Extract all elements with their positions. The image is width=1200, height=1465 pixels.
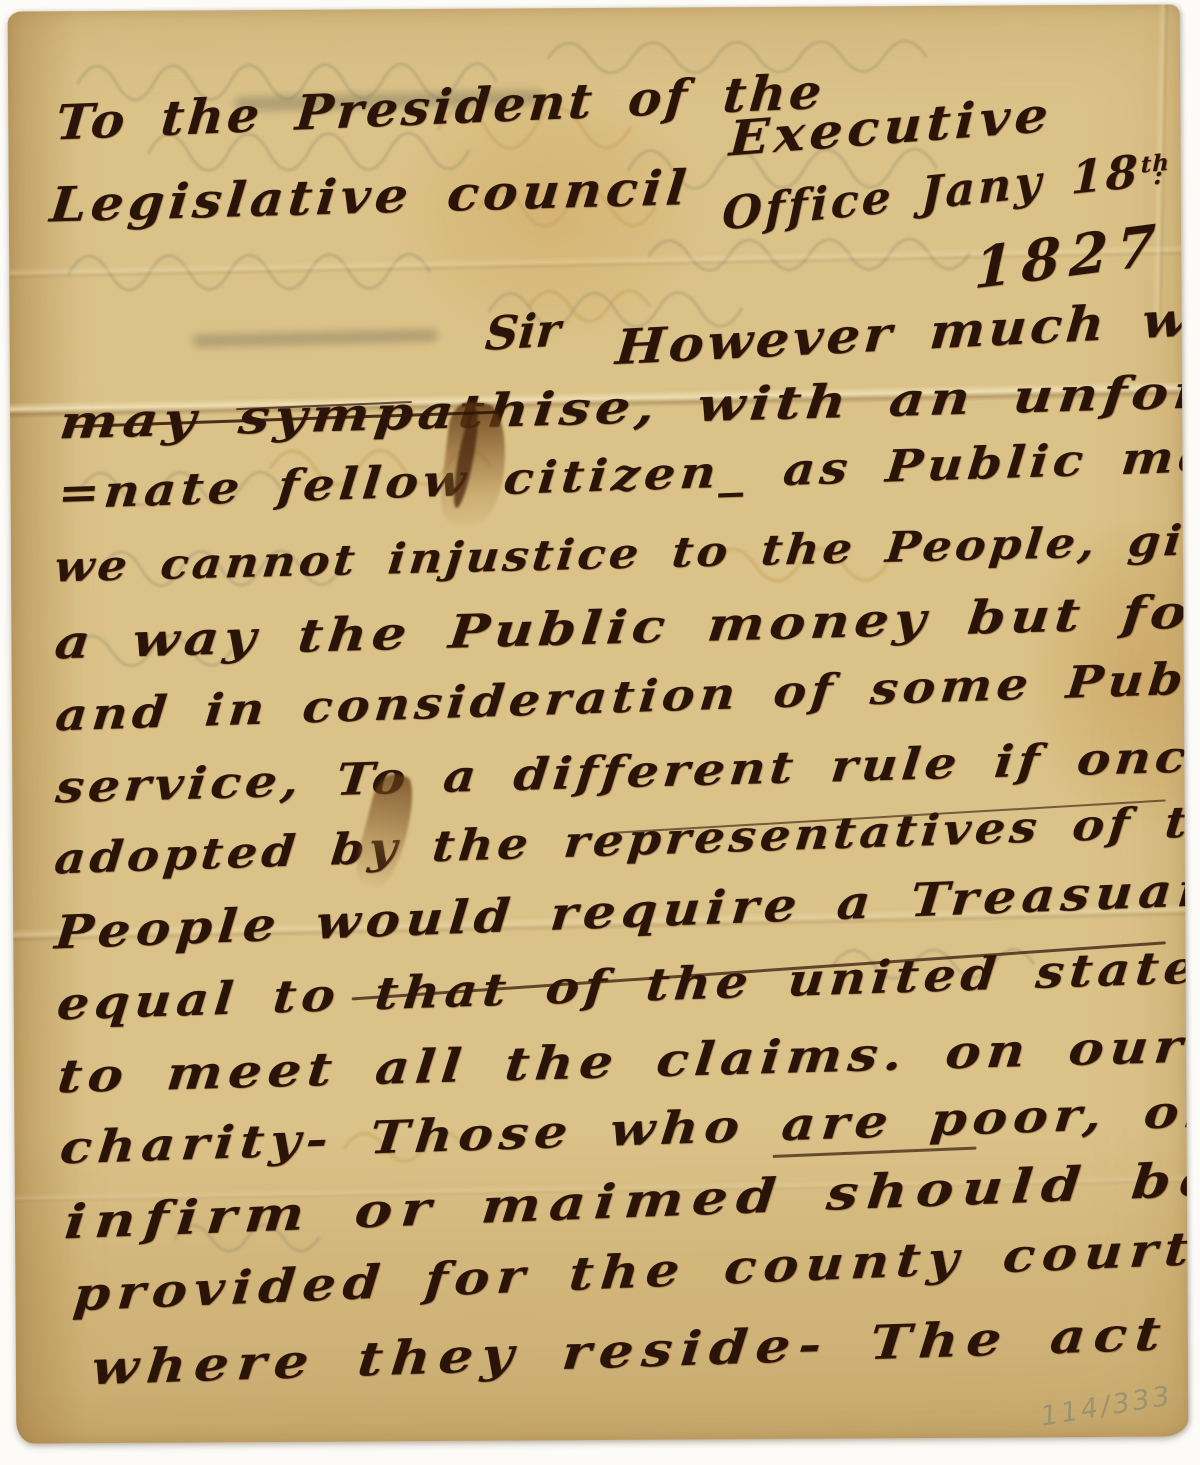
scan-background: To the President of the Legislative coun… [0,0,1200,1465]
gray-smudge [193,329,438,348]
salutation: Sir [483,304,562,360]
body-line: we cannot injustice to the People, give [52,515,1188,590]
address-line-1: To the President of the [54,66,827,152]
body-line: a way the Public money but for [52,586,1188,669]
archival-number: 114/333 [1039,1380,1175,1432]
body-line: service, To a different rule if once [54,732,1189,813]
letter-paper: To the President of the Legislative coun… [8,4,1189,1443]
body-line: where they reside- The act [89,1308,1171,1396]
body-line: However much we [614,291,1189,375]
body-line: may sympathise, with an unfortu= [57,363,1188,449]
body-line: and in consideration of some Public [53,652,1188,741]
dateline-colon: : [1153,160,1166,190]
body-line: equal to that of the united states [55,941,1188,1030]
dateline-year: 1827 [973,213,1165,301]
address-line-2: Legislative council [48,162,693,233]
